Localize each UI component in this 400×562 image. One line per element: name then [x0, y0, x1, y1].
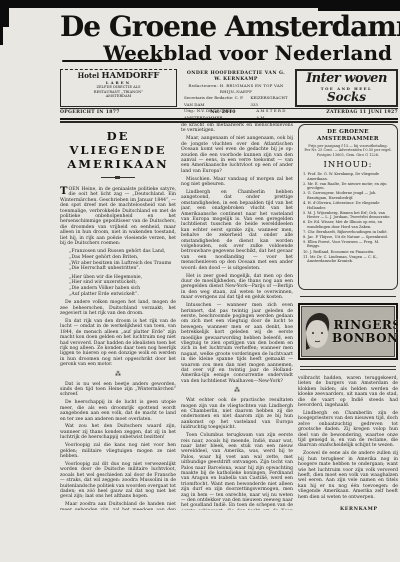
- contents-heading: INHOUD:: [303, 160, 393, 170]
- column-2: de kracht om metaalwerk en menschenleven…: [181, 123, 293, 510]
- column-1: DE VLIEGENDE AMERIKAAN TOEN Heine, in de…: [60, 123, 176, 510]
- editors-line: Redacteuren: H. BRUGMANS EN TOP VAN RHIJ…: [184, 83, 288, 95]
- scan-artifact-corner: [0, 0, 9, 27]
- chief-editor-line: ONDER HOOFDREDACTIE VAN G. W. KERNKAMP: [184, 71, 288, 83]
- article-paragraph: Lindbergh en Chamberlin zijn de hoogepri…: [298, 411, 398, 449]
- article-paragraph: Dat is nu wel een beetje anders geworden…: [60, 382, 176, 398]
- ringers-ad-lettering: RINGERS’ BONBONS: [332, 319, 398, 345]
- header-row: Hotel HAMDORFF LAREN ZELFDE DIRECTIE ALS…: [60, 69, 398, 107]
- hotel-ad-line: AMSTERDAM: [61, 94, 176, 99]
- contents-item: 8. Jac. P. Thijsse, Uit de Natuur — Spee…: [303, 235, 393, 240]
- contents-item: 4. H. d’Oliveira, Litteratuur: De vliege…: [303, 201, 393, 210]
- article-paragraph: volbracht hadden, waren teruggekeerd, li…: [298, 376, 398, 408]
- divider-rule-thick: [60, 118, 398, 121]
- article-paragraph: De andere volken mogen het land, mogen d…: [60, 300, 176, 316]
- divider-rule: [300, 296, 396, 297]
- contents-item: 1. Prof. Dr. G. W. Kernkamp, De vliegend…: [303, 172, 393, 181]
- contents-item: 6. Dr. Ed. Wisser, Met de Illinois op re…: [303, 220, 393, 229]
- article-paragraph: TOEN Heine, in de geniaalste politieke s…: [60, 187, 176, 246]
- contents-box-title: DE GROENE AMSTERDAMMER: [303, 129, 393, 143]
- section-divider: ⁂: [181, 387, 293, 395]
- article-paragraph: Toen Columbus terugkwam van zijn eerste …: [181, 433, 293, 510]
- article-paragraph: Maar, aangenaam of niet aangenaam, ook b…: [181, 136, 293, 174]
- contents-item: 9. Ellen Forest, Voor Vrouwen — Freg. M.…: [303, 240, 393, 249]
- dateline: OPGERICHT IN 1877 No. 2610 ZATERDAG 11 J…: [60, 110, 398, 116]
- scan-artifact-left-edge: [0, 27, 3, 45]
- article-paragraph: Misschien. Maar vandaag of morgen zal he…: [181, 177, 293, 188]
- issue-date: ZATERDAG 11 JUNI 1927: [326, 110, 398, 116]
- divider-rule: [300, 366, 396, 370]
- secretary-line: Secretaris der Redactie: C. F. VAN DAM K…: [184, 95, 288, 108]
- contents-box: DE GROENE AMSTERDAMMER Prijs per jaargan…: [298, 124, 398, 290]
- founded-label: OPGERICHT IN 1877: [60, 110, 120, 116]
- heine-verse: „Hier üben wir die Hegemonie, „Hier sind…: [69, 275, 176, 297]
- article-paragraph: Maar zoodra aan Duitschland de handen ni…: [60, 502, 176, 510]
- article-paragraph: Lindbergh en Chamberlin hebben aangetoon…: [181, 190, 293, 271]
- masthead-flourish: [62, 60, 162, 62]
- hotel-hamdorff-ad: Hotel HAMDORFF LAREN ZELFDE DIRECTIE ALS…: [60, 69, 177, 107]
- newspaper-page: De Groene Amsterdammer Weekblad voor Ned…: [0, 0, 400, 562]
- article-paragraph: En dat rijk van den droom is het rijk va…: [60, 319, 176, 368]
- article-paragraph: De heerschappij in de lucht is geen utop…: [60, 400, 176, 422]
- divider-rule: [60, 108, 398, 109]
- contents-item: 10. J. Redland, Economie en Financiën.: [303, 250, 393, 255]
- article-paragraph: Voorloopig zal dit dus nog niet verwezen…: [60, 462, 176, 500]
- subscription-fineprint: Prijs per jaargang f 15.— bij vooruitbet…: [303, 144, 393, 157]
- article-paragraph: Wat echter ook de practische resultaten …: [181, 398, 293, 430]
- contents-item: 7. Chr. Bernhardt, Rijksverhoudingen in …: [303, 230, 393, 235]
- author-signature: KERNKAMP: [340, 506, 398, 510]
- contents-item: 2. Mr. E. van Raalte, De nieuwe motie; e…: [303, 182, 393, 191]
- hotel-ad-title: Hotel HAMDORFF: [61, 72, 176, 80]
- article-paragraph: de kracht om metaalwerk en menschenleven…: [181, 123, 293, 134]
- contents-item: 3. G. Carrougeur, Moderne jeugd — Joh. B…: [303, 191, 393, 200]
- article-paragraph: Intusschen — wanneer men zich even herin…: [181, 303, 293, 384]
- article-paragraph: Het is zeer goed mogelijk, dat men op de…: [181, 274, 293, 301]
- contents-item: 5. M. J. Wijsenberg, Binnen het Erf; Och…: [303, 211, 393, 220]
- article-headline: DE VLIEGENDE AMERIKAAN: [60, 129, 176, 171]
- editorial-block: ONDER HOOFDREDACTIE VAN G. W. KERNKAMP R…: [182, 69, 290, 107]
- article-columns: DE VLIEGENDE AMERIKAAN TOEN Heine, in de…: [60, 123, 398, 510]
- contents-item: 11. Mr. Dr. C. Lindeman, Vragen — C. K.,…: [303, 255, 393, 264]
- woman-portrait-illustration: [302, 308, 332, 356]
- issue-number: No. 2610: [210, 110, 236, 116]
- article-paragraph: Voorloopig zal die kans nog niet voor he…: [60, 443, 176, 459]
- interwoven-brand: Inter woven: [297, 72, 396, 86]
- article-paragraph: Wat zou het den Duitschers waard zijn, w…: [60, 424, 176, 440]
- interwoven-socks-ad: Inter woven TOE AND HEEL Socks: [295, 69, 398, 107]
- section-divider: ⁂: [60, 371, 176, 379]
- masthead-title: De Groene Amsterdammer: [60, 11, 398, 43]
- heine-verse: „Franzosen und Russen gehört das Land, „…: [69, 249, 176, 271]
- headline-flourish: [101, 177, 135, 180]
- column-3: DE GROENE AMSTERDAMMER Prijs per jaargan…: [298, 123, 398, 510]
- interwoven-product: Socks: [297, 91, 396, 104]
- article-paragraph: Zoowel de eene als de andere zullen zij …: [298, 451, 398, 500]
- ringers-bonbons-ad: RINGERS’ BONBONS: [298, 303, 398, 360]
